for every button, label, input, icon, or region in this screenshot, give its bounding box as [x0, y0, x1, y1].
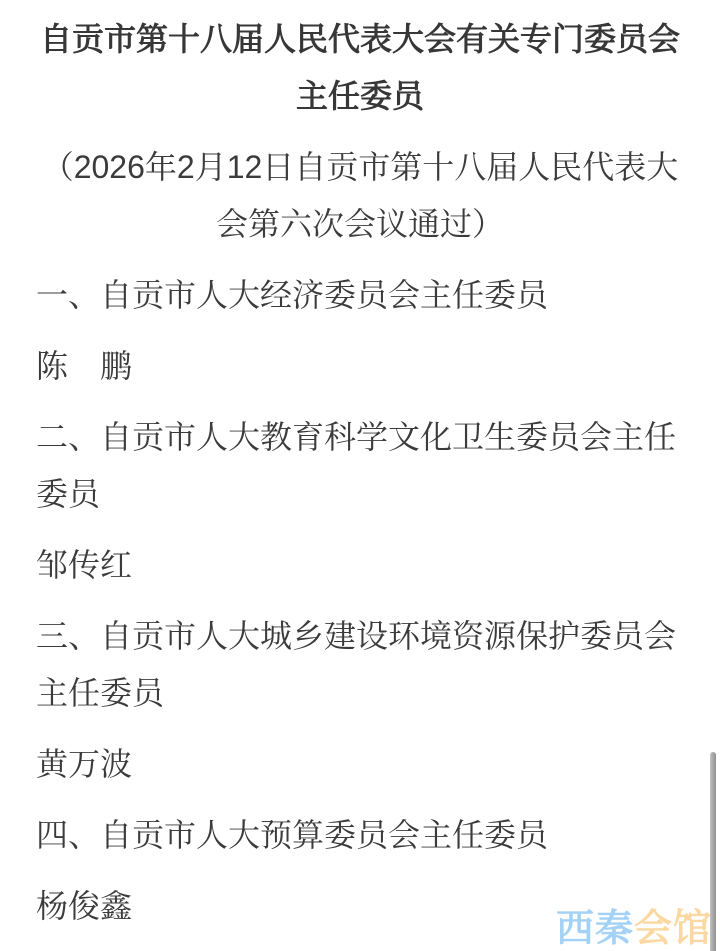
scrollbar-thumb[interactable] [710, 752, 716, 951]
committee-heading-1: 一、自贡市人大经济委员会主任委员 [36, 267, 684, 324]
appointment-item-1: 一、自贡市人大经济委员会主任委员 陈 鹏 [36, 267, 684, 395]
committee-heading-4: 四、自贡市人大预算委员会主任委员 [36, 807, 684, 864]
member-name-3: 黄万波 [36, 736, 684, 793]
committee-heading-2: 二、自贡市人大教育科学文化卫生委员会主任委员 [36, 409, 684, 523]
document-title: 自贡市第十八届人民代表大会有关专门委员会主任委员 [36, 11, 684, 125]
member-name-2: 邹传红 [36, 537, 684, 594]
watermark-part-2: 会馆 [634, 908, 712, 950]
document-meta-date: （2026年2月12日自贡市第十八届人民代表大会第六次会议通过） [36, 139, 684, 253]
appointment-item-3: 三、自贡市人大城乡建设环境资源保护委员会主任委员 黄万波 [36, 608, 684, 793]
watermark-part-1: 西秦 [556, 908, 634, 950]
site-watermark: 西秦会馆 [556, 910, 712, 948]
committee-heading-3: 三、自贡市人大城乡建设环境资源保护委员会主任委员 [36, 608, 684, 722]
page: { "page": { "background_color": "#ffffff… [0, 0, 720, 951]
appointment-item-2: 二、自贡市人大教育科学文化卫生委员会主任委员 邹传红 [36, 409, 684, 594]
article-body: 自贡市第十八届人民代表大会有关专门委员会主任委员 （2026年2月12日自贡市第… [0, 0, 720, 935]
member-name-1: 陈 鹏 [36, 338, 684, 395]
